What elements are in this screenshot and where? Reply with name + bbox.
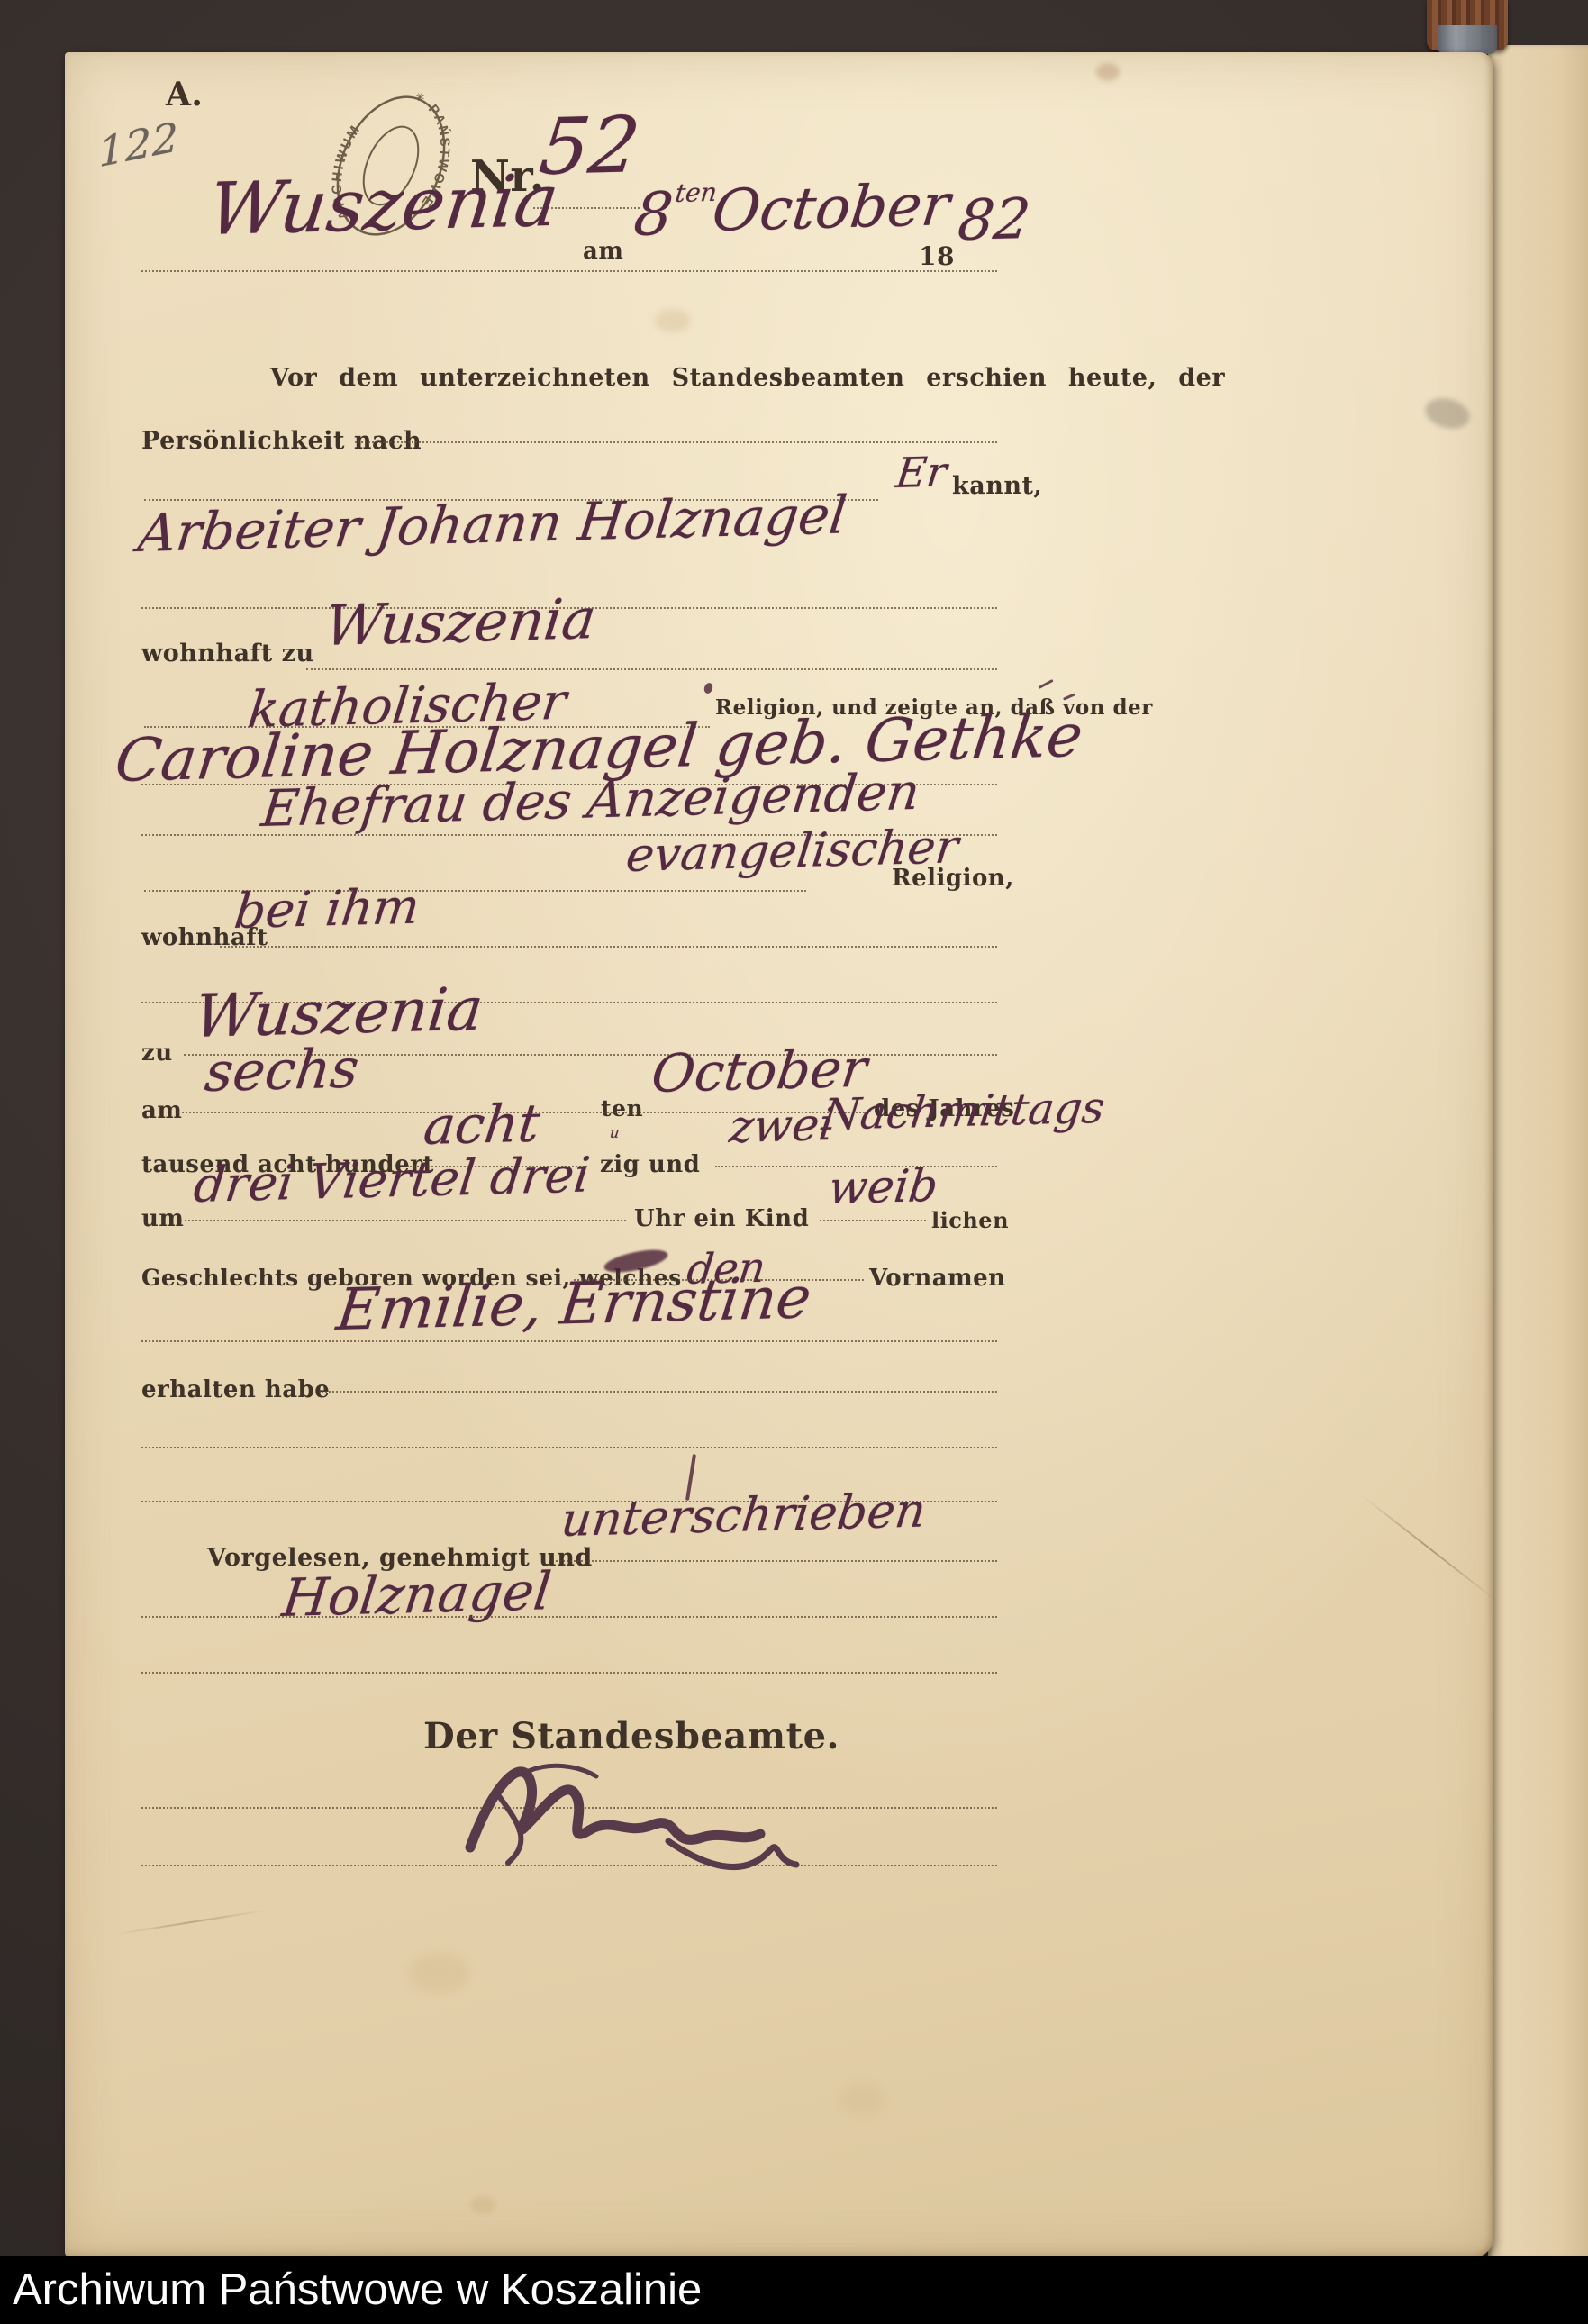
wohnhaft-zu-label: wohnhaft zu xyxy=(141,640,314,667)
declarant-signature: Holznagel xyxy=(279,1560,554,1629)
corner-letter: A. xyxy=(166,76,203,113)
stain xyxy=(1422,394,1474,433)
uhr-kind-label: Uhr ein Kind xyxy=(634,1205,809,1232)
vornamen-label: Vornamen xyxy=(869,1265,1006,1292)
dotted-rule xyxy=(355,441,997,443)
day-entry: 8 xyxy=(631,179,676,250)
dotted-rule xyxy=(556,1560,997,1562)
dotted-rule xyxy=(141,1340,997,1342)
religion2-label: Religion, xyxy=(892,865,1014,892)
dotted-rule xyxy=(319,1391,997,1393)
units-entry: zwei xyxy=(727,1098,837,1153)
archive-footer-text: Archiwum Państwowe w Koszalinie xyxy=(13,2265,702,2315)
archival-scan: A. 122 ARCHIWUM PAŃSTWOWE ✳ Nr. xyxy=(0,0,1588,2324)
stain xyxy=(655,309,691,332)
registrar-signature xyxy=(443,1735,821,1897)
kannt-label: kannt, xyxy=(952,472,1042,500)
year-prefix: 18 xyxy=(919,241,955,271)
underlying-page-edge xyxy=(1488,45,1588,2257)
dotted-rule xyxy=(306,668,997,670)
stain xyxy=(1096,63,1120,81)
dotted-rule xyxy=(141,1672,997,1674)
residence2-entry: bei ihm xyxy=(231,878,422,940)
zu-label: zu xyxy=(141,1039,173,1067)
unterschrieben-entry: unterschrieben xyxy=(558,1484,929,1548)
day-suffix-entry: ten xyxy=(674,177,719,208)
dotted-rule xyxy=(220,946,997,948)
dotted-rule xyxy=(180,1220,626,1221)
am-label: am xyxy=(583,238,623,265)
register-page: A. 122 ARCHIWUM PAŃSTWOWE ✳ Nr. xyxy=(65,52,1493,2257)
foxing xyxy=(839,2083,885,2115)
year-entry: 82 xyxy=(955,186,1034,253)
erhalten-label: erhalten habe xyxy=(141,1376,330,1403)
dotted-rule xyxy=(141,270,997,272)
ten-sub-mark: u xyxy=(609,1124,621,1141)
dotted-rule xyxy=(141,1807,997,1809)
foxing xyxy=(470,2196,495,2214)
ink-dot xyxy=(703,682,713,694)
foxing xyxy=(407,1953,470,1993)
ten-label: ten xyxy=(601,1095,643,1121)
archive-footer-bar: Archiwum Państwowe w Koszalinie xyxy=(0,2256,1588,2324)
daytime-entry: Nachmittags xyxy=(820,1083,1107,1140)
dotted-rule xyxy=(820,1220,926,1221)
er-entry: Er xyxy=(894,448,949,497)
sex-entry: weib xyxy=(826,1159,940,1214)
residence-entry: Wuszenia xyxy=(322,586,599,658)
ink-tick xyxy=(1038,679,1053,689)
am2-label: am xyxy=(141,1097,182,1124)
crease xyxy=(1362,1495,1498,1602)
lichen-label: lichen xyxy=(931,1207,1009,1233)
child-name-entry: Emilie, Ernstine xyxy=(333,1265,814,1344)
time-entry: drei Viertel drei xyxy=(191,1147,593,1213)
dotted-rule xyxy=(141,1616,997,1618)
declarant-entry: Arbeiter Johann Holznagel xyxy=(135,485,850,564)
dotted-rule xyxy=(141,1865,997,1866)
birth-day-entry: sechs xyxy=(202,1038,362,1104)
place-entry: Wuszenia xyxy=(204,159,563,251)
binding-roll-blue-paper xyxy=(1438,25,1497,54)
decade-entry: acht xyxy=(421,1093,543,1157)
intro-line-1: Vor dem unterzeichneten Standesbeamten e… xyxy=(270,364,1225,392)
crease xyxy=(115,1910,267,1936)
archive-page-number: 122 xyxy=(97,113,179,177)
dotted-rule xyxy=(141,1447,997,1448)
um-label: um xyxy=(141,1205,184,1232)
zig-und-label: zig und xyxy=(600,1151,700,1178)
month-entry: October xyxy=(709,172,953,245)
